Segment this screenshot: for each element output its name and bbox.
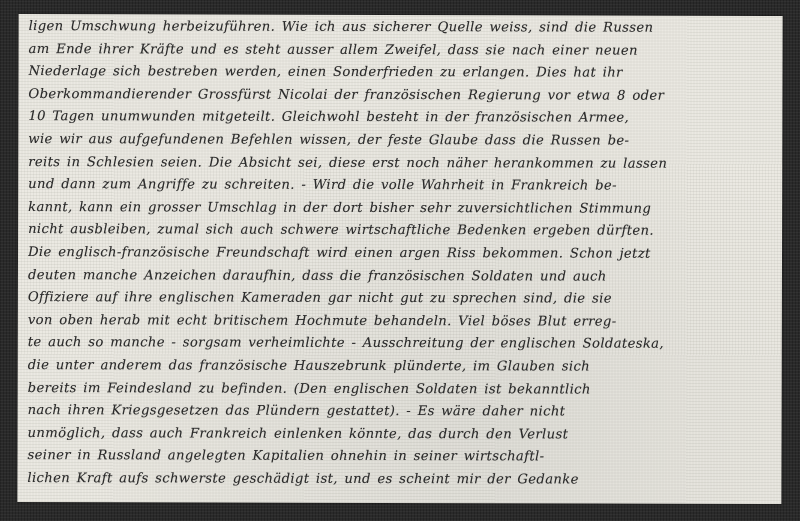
text-line: lichen Kraft aufs schwerste geschädigt i…	[27, 468, 773, 493]
text-line: nach ihren Kriegsgesetzen das Plündern g…	[28, 400, 774, 425]
text-line: unmöglich, dass auch Frankreich einlenke…	[28, 423, 774, 448]
text-line: te auch so manche - sorgsam verheimlicht…	[28, 332, 774, 357]
text-line: reits in Schlesien seien. Die Absicht se…	[28, 152, 774, 177]
text-line: ligen Umschwung herbeizuführen. Wie ich …	[29, 16, 775, 41]
text-line: Oberkommandierender Grossfürst Nicolai d…	[28, 84, 774, 109]
text-line: von oben herab mit echt britischem Hochm…	[28, 310, 774, 335]
text-line: Die englisch-französische Freundschaft w…	[28, 242, 774, 267]
text-line: 10 Tagen unumwunden mitgeteilt. Gleichwo…	[28, 106, 774, 131]
text-line: und dann zum Angriffe zu schreiten. - Wi…	[28, 174, 774, 199]
text-line: seiner in Russland angelegten Kapitalien…	[27, 445, 773, 470]
text-line: kannt, kann ein grosser Umschlag in der …	[28, 197, 774, 222]
text-line: Niederlage sich bestreben werden, einen …	[28, 61, 774, 86]
text-line: am Ende ihrer Kräfte und es steht ausser…	[29, 39, 775, 64]
text-line: die unter anderem das französische Hausz…	[28, 355, 774, 380]
letter-page: ligen Umschwung herbeizuführen. Wie ich …	[17, 14, 782, 504]
handwritten-text: ligen Umschwung herbeizuführen. Wie ich …	[27, 16, 774, 492]
text-line: Offiziere auf ihre englischen Kameraden …	[28, 287, 774, 312]
text-line: deuten manche Anzeichen daraufhin, dass …	[28, 265, 774, 290]
text-line: nicht ausbleiben, zumal sich auch schwer…	[28, 219, 774, 244]
text-line: bereits im Feindesland zu befinden. (Den…	[28, 378, 774, 403]
text-line: wie wir aus aufgefundenen Befehlen wisse…	[28, 129, 774, 154]
